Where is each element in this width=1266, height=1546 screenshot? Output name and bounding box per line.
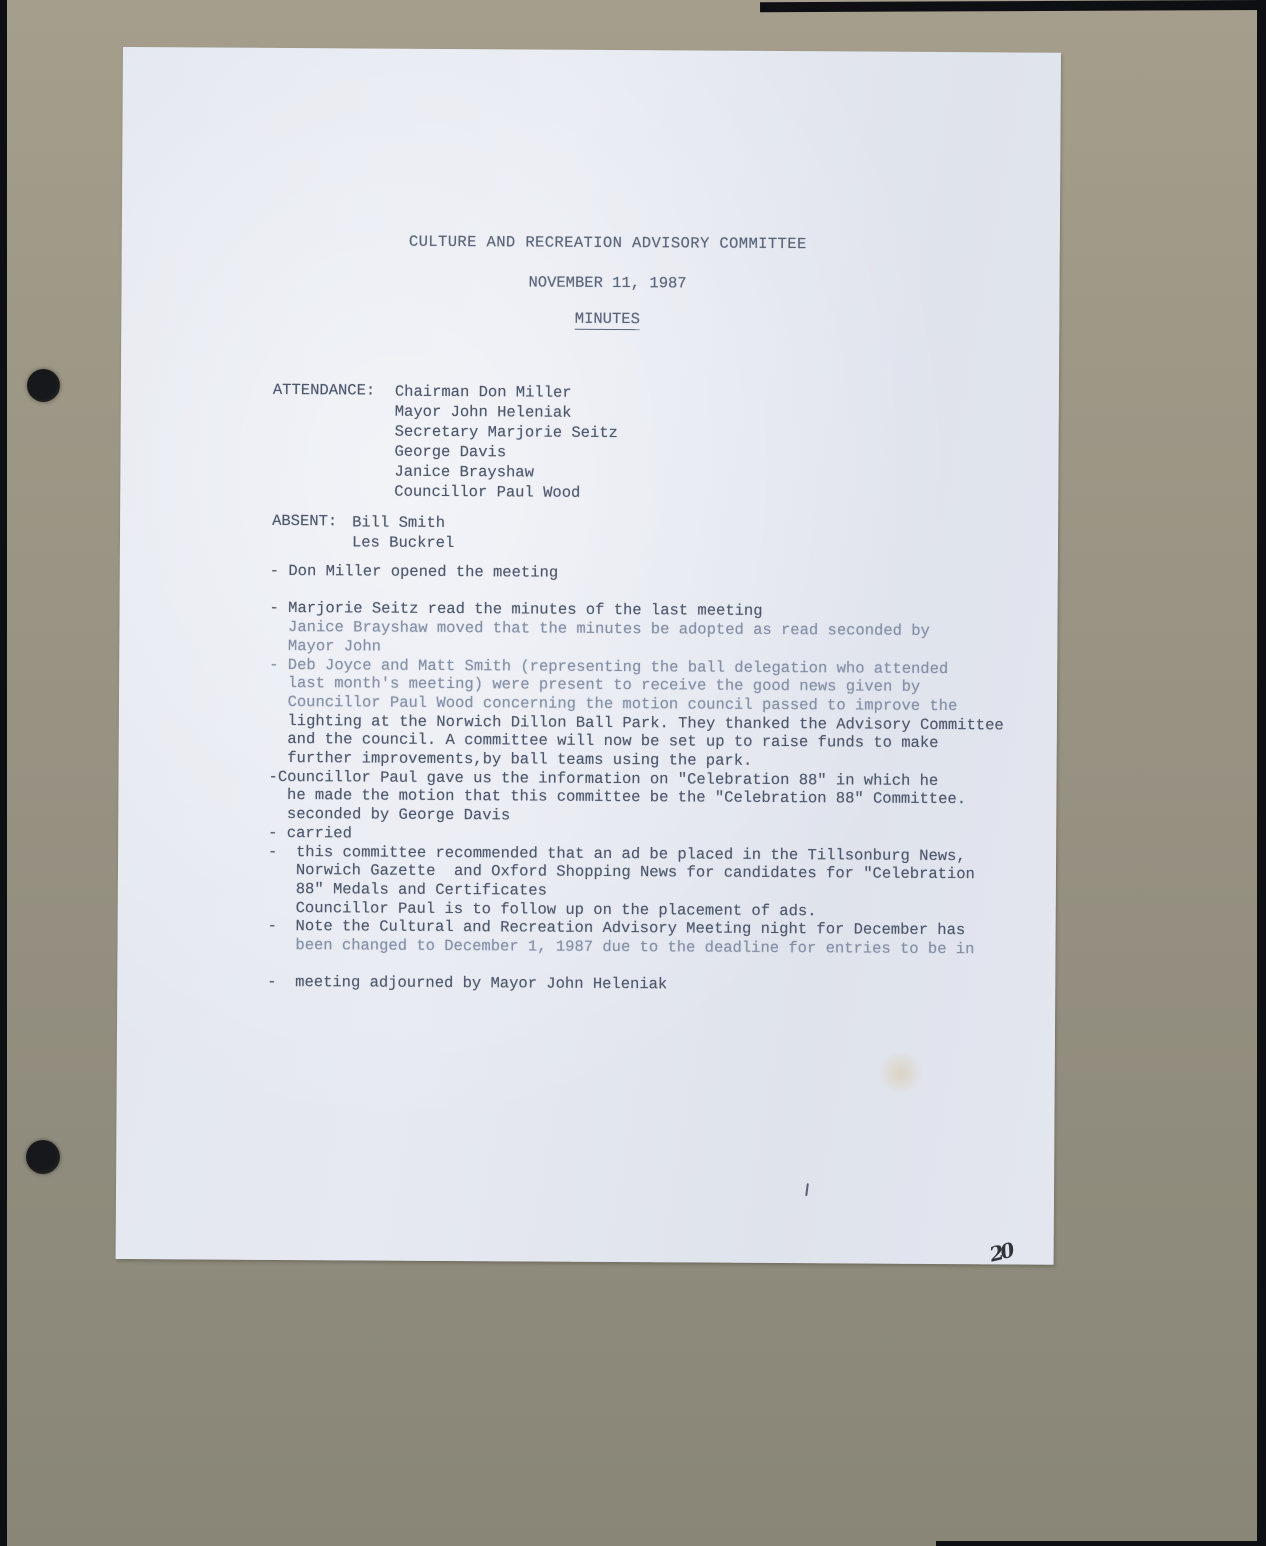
absent-label: ABSENT:: [272, 512, 337, 530]
absent-list: Bill SmithLes Buckrel: [352, 512, 455, 553]
minutes-body: - Don Miller opened the meeting- Marjori…: [267, 562, 1050, 997]
attendee-name: George Davis: [394, 442, 617, 463]
scan-edge-bottom: [936, 1541, 1266, 1546]
absentee-name: Les Buckrel: [352, 532, 454, 553]
attendance-label: ATTENDANCE:: [273, 381, 375, 400]
minutes-heading: MINUTES: [575, 310, 640, 330]
attendee-name: Secretary Marjorie Seitz: [395, 422, 618, 443]
attendee-name: Councillor Paul Wood: [394, 482, 617, 503]
body-line: - meeting adjourned by Mayor John Heleni…: [267, 973, 1047, 996]
handwritten-page-number: 20: [987, 1238, 1014, 1266]
attendee-name: Chairman Don Miller: [395, 382, 618, 403]
document-page: CULTURE AND RECREATION ADVISORY COMMITTE…: [116, 47, 1061, 1265]
scan-edge-left: [0, 0, 7, 1546]
attendee-name: Janice Brayshaw: [394, 462, 617, 483]
document-title: CULTURE AND RECREATION ADVISORY COMMITTE…: [409, 233, 807, 253]
attendee-name: Mayor John Heleniak: [395, 402, 618, 423]
hole-punch-bottom: [26, 1140, 60, 1174]
hole-punch-top: [27, 369, 60, 402]
scan-edge-top: [760, 0, 1266, 12]
stray-pen-mark: [805, 1183, 809, 1196]
paper-stain: [877, 1052, 925, 1094]
document-date: NOVEMBER 11, 1987: [528, 273, 686, 292]
attendance-list: Chairman Don MillerMayor John HeleniakSe…: [394, 382, 618, 503]
scanned-album-page: CULTURE AND RECREATION ADVISORY COMMITTE…: [0, 0, 1266, 1546]
absentee-name: Bill Smith: [352, 512, 454, 533]
scan-edge-right: [1257, 0, 1266, 1546]
